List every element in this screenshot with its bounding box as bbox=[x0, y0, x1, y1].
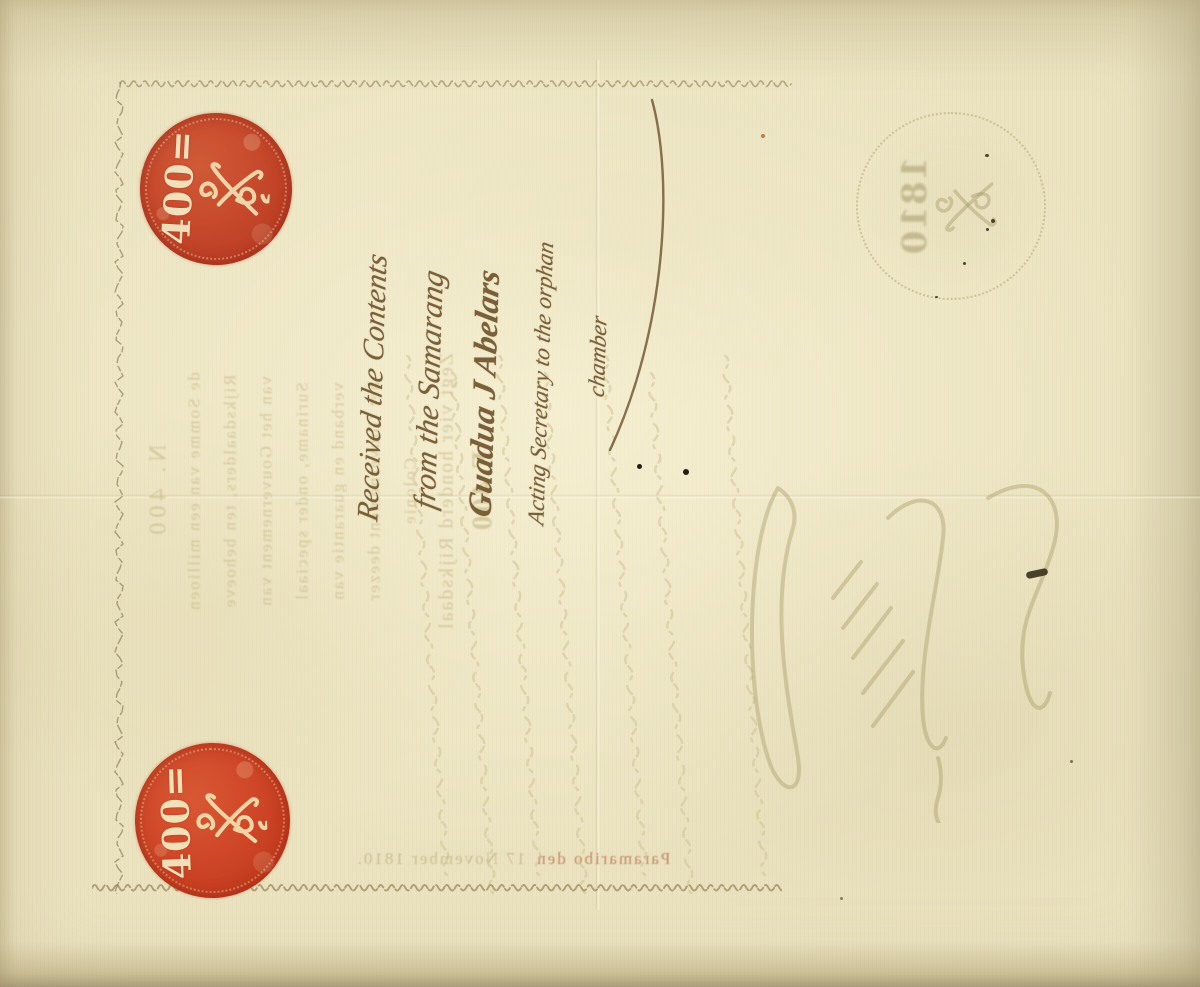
ink-dot bbox=[683, 469, 689, 475]
paper-speck bbox=[840, 897, 843, 900]
watermark-speck bbox=[986, 228, 989, 231]
ghost-print-bottom-right: 17 November 1810. bbox=[356, 849, 526, 871]
watermark-speck bbox=[963, 262, 966, 265]
watermark-speck bbox=[991, 219, 995, 223]
monogram-cipher-icon bbox=[193, 787, 267, 853]
ink-dot bbox=[637, 464, 642, 469]
stamp-value-text: 400= bbox=[157, 764, 195, 880]
stamp-400-bottom: 400= bbox=[132, 740, 292, 900]
paper-speck bbox=[761, 134, 765, 138]
ghost-print-bottom-left: Paramaribo den bbox=[535, 849, 670, 871]
monogram-cipher-icon bbox=[196, 156, 271, 224]
ghost-print-bottom-line: Paramaribo den 17 November 1810. bbox=[268, 849, 758, 871]
stamp-400-top: 400= bbox=[136, 109, 296, 269]
scanned-document: N. 400de Somme van een millioenRijksdaal… bbox=[0, 0, 1200, 987]
ghost-watermark-stamp: 1810 bbox=[856, 112, 1046, 300]
stamp-value-text: 400= bbox=[159, 129, 199, 246]
ghost-watermark-year: 1810 bbox=[898, 157, 932, 256]
monogram-cipher-icon bbox=[934, 175, 1004, 237]
watermark-speck bbox=[935, 296, 938, 298]
watermark-speck bbox=[985, 154, 989, 157]
paper-speck bbox=[1070, 760, 1073, 763]
handwritten-inscription: Received the Contentsfrom the SamarangGu… bbox=[340, 0, 659, 530]
